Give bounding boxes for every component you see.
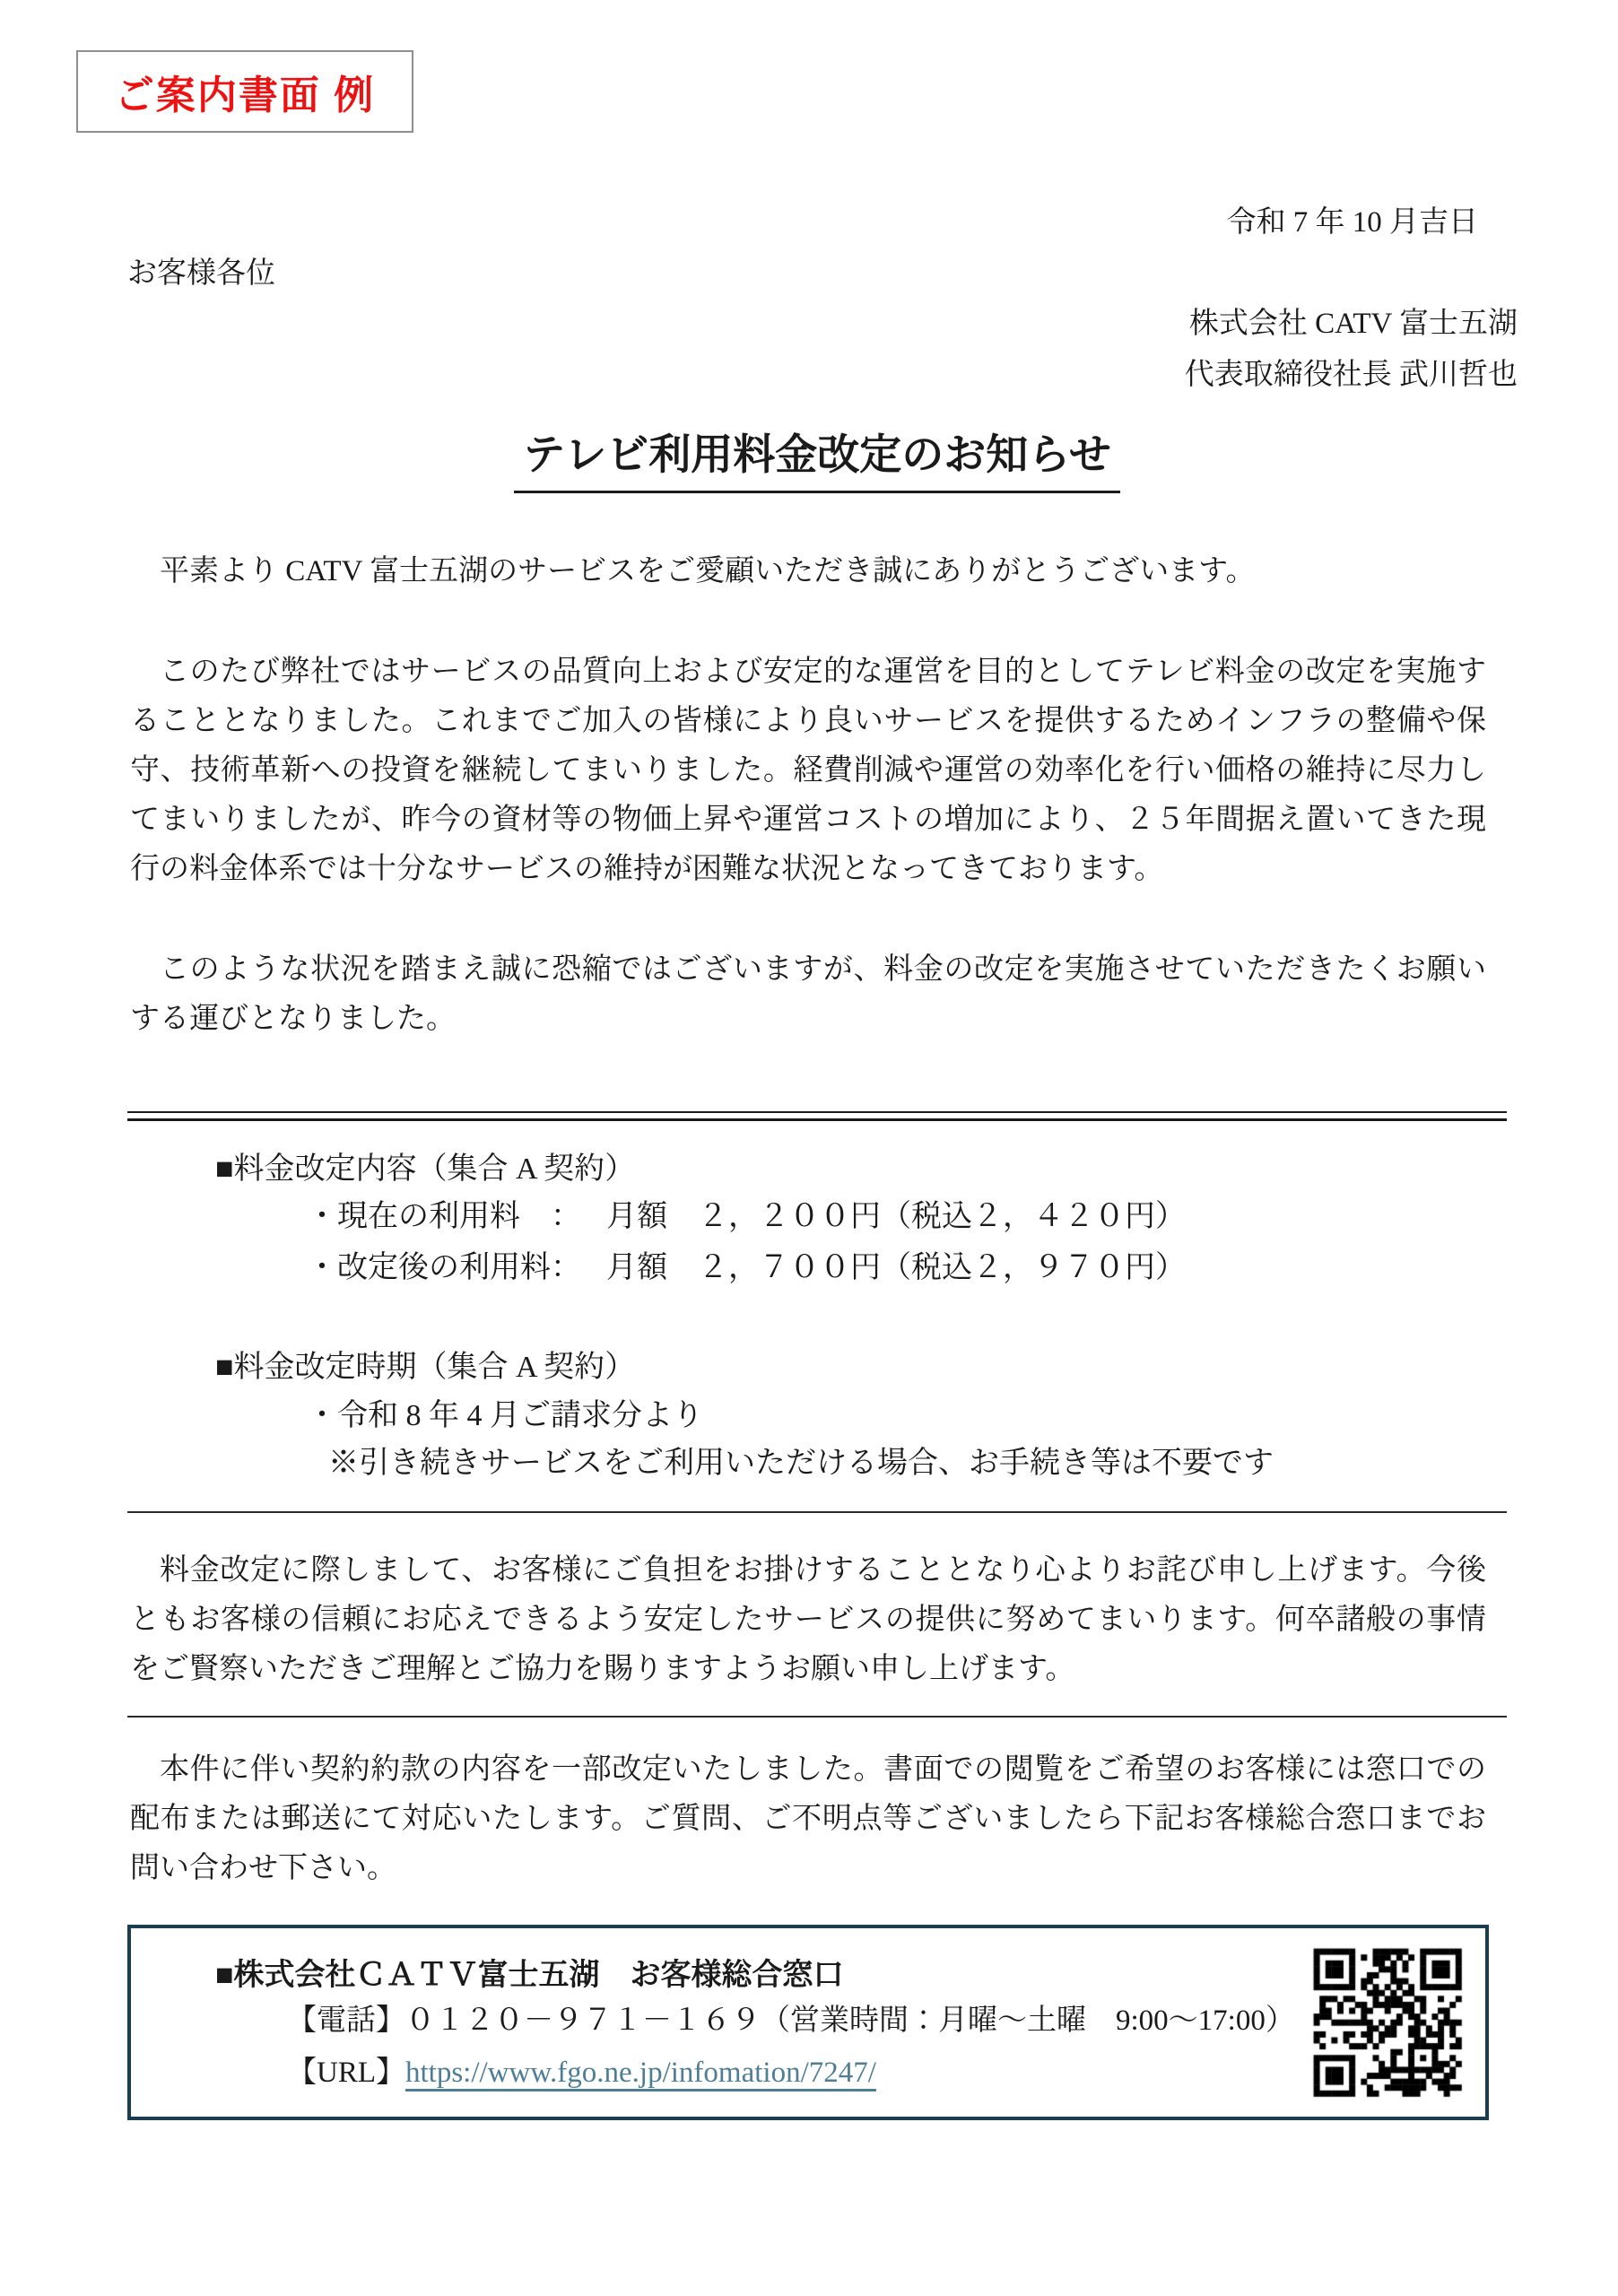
company-name: 株式会社 CATV 富士五湖 <box>1189 306 1518 342</box>
fee-label-revised: ・改定後の利用料 <box>307 1249 551 1287</box>
fee-timing-item: ・令和 8 年 4 月ご請求分より <box>307 1397 703 1435</box>
paragraph-apology: 料金改定に際しまして、お客様にご負担をお掛けすることとなり心よりお詫び申し上げま… <box>130 1546 1486 1694</box>
double-rule-divider <box>127 1111 1507 1121</box>
rule-divider-2 <box>127 1716 1507 1718</box>
qr-code <box>1308 1943 1467 2102</box>
paragraph-greeting: 平素より CATV 富士五湖のサービスをご愛顧いただき誠にありがとうございます。 <box>130 547 1486 596</box>
fee-row-current: ・現在の利用料：月額 ２，２００円（税込２，４２０円） <box>307 1198 1186 1236</box>
phone-label: 【電話】 <box>287 2005 405 2037</box>
contact-box: ■株式会社ＣＡＴＶ富士五湖 お客様総合窓口 【電話】０１２０－９７１－１６９（営… <box>127 1925 1489 2120</box>
contact-phone-line: 【電話】０１２０－９７１－１６９（営業時間：月曜～土曜 9:00～17:00） <box>287 1996 1295 2039</box>
notice-document: ご案内書面 例 令和 7 年 10 月吉日 お客様各位 株式会社 CATV 富士… <box>0 0 1618 2296</box>
contact-url-line: 【URL】https://www.fgo.ne.jp/infomation/72… <box>287 2048 876 2091</box>
fee-value-revised: 月額 ２，７００円（税込２，９７０円） <box>606 1251 1186 1284</box>
president-name: 代表取締役社長 武川哲也 <box>1185 357 1518 393</box>
paragraph-terms: 本件に伴い契約約款の内容を一部改定いたしました。書面での閲覧をご希望のお客様には… <box>130 1745 1486 1893</box>
page-title: テレビ利用料金改定のお知らせ <box>127 422 1507 493</box>
fee-value-current: 月額 ２，２００円（税込２，４２０円） <box>606 1200 1186 1233</box>
url-link[interactable]: https://www.fgo.ne.jp/infomation/7247/ <box>405 2057 876 2089</box>
contact-heading: ■株式会社ＣＡＴＶ富士五湖 お客様総合窓口 <box>215 1950 844 1994</box>
fee-timing-note: ※引き続きサービスをご利用いただける場合、お手続き等は不要です <box>328 1445 1274 1483</box>
fee-timing-heading: ■料金改定時期（集合 A 契約） <box>215 1349 635 1387</box>
fee-content-heading: ■料金改定内容（集合 A 契約） <box>215 1151 635 1188</box>
fee-row-revised: ・改定後の利用料：月額 ２，７００円（税込２，９７０円） <box>307 1249 1186 1287</box>
fee-colon: ： <box>551 1198 581 1236</box>
phone-value: ０１２０－９７１－１６９（営業時間：月曜～土曜 9:00～17:00） <box>405 2005 1295 2037</box>
fee-colon: ： <box>551 1249 581 1287</box>
sample-stamp-label: ご案内書面 例 <box>115 63 375 120</box>
paragraph-body2: このような状況を踏まえ誠に恐縮ではございますが、料金の改定を実施させていただきた… <box>130 945 1486 1044</box>
fee-label-current: ・現在の利用料 <box>307 1198 551 1236</box>
recipient: お客様各位 <box>127 256 275 291</box>
rule-divider-1 <box>127 1511 1507 1513</box>
issue-date: 令和 7 年 10 月吉日 <box>1227 204 1479 240</box>
sample-stamp-box: ご案内書面 例 <box>76 50 413 133</box>
url-label: 【URL】 <box>287 2057 405 2089</box>
paragraph-body1: このたび弊社ではサービスの品質向上および安定的な運営を目的としてテレビ料金の改定… <box>130 648 1486 894</box>
